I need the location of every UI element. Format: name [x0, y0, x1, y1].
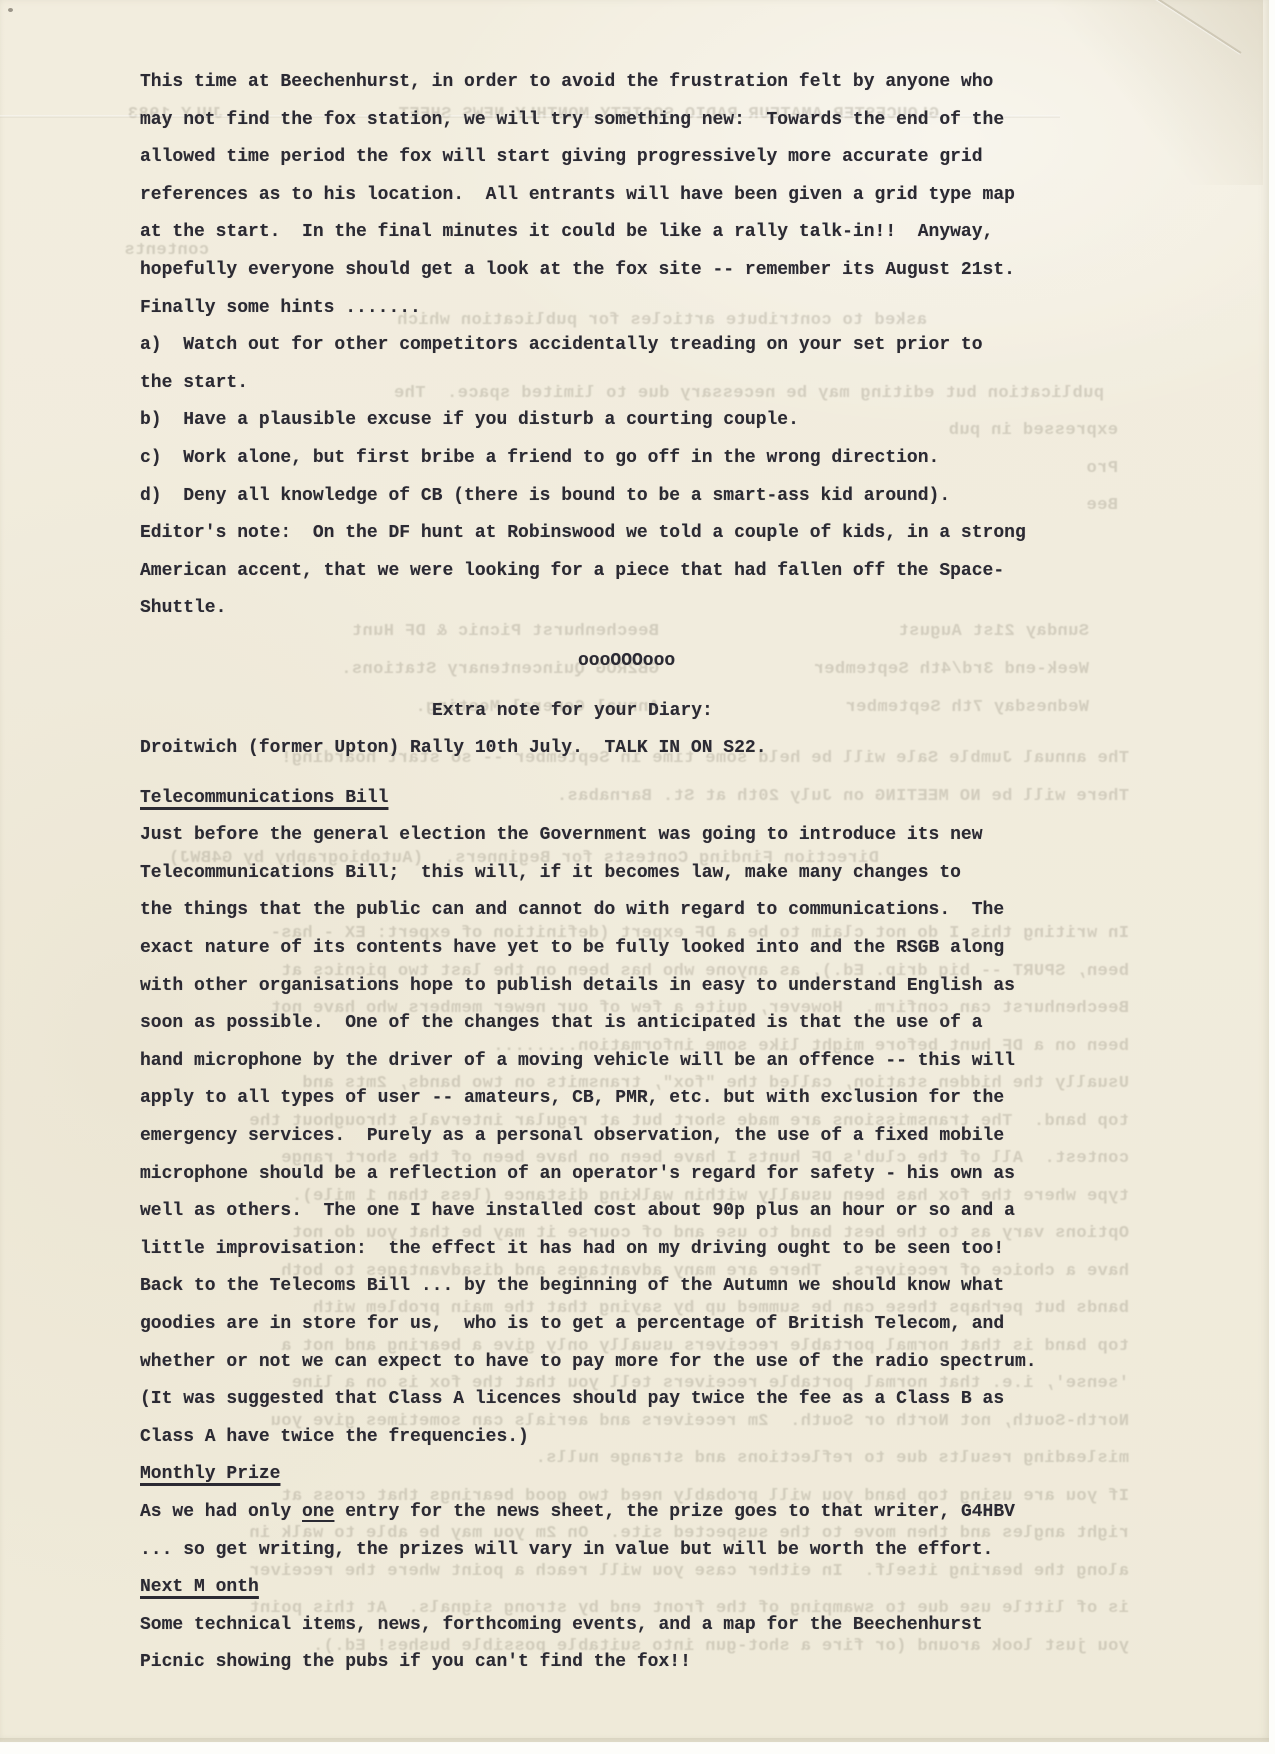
text-line: little improvisation: the effect it has … — [140, 1231, 1150, 1269]
text-line: whether or not we can expect to have to … — [140, 1344, 1150, 1382]
text-line: soon as possible. One of the changes tha… — [140, 1005, 1150, 1043]
scanned-document: { "scan": { "paper_color": "#f1ecdd", "i… — [0, 0, 1275, 1754]
text-line: with other organisations hope to publish… — [140, 968, 1150, 1006]
torn-bottom-edge — [0, 1738, 1269, 1743]
text-line: American accent, that we were looking fo… — [140, 553, 1150, 591]
ink-speck — [8, 8, 13, 12]
paper-sheet: GLOUCESTER AMATEUR RADIO SOCIETY MONTHLY… — [0, 0, 1269, 1742]
text-line: Shuttle. — [140, 590, 1150, 628]
text-line: Telecommunications Bill; this will, if i… — [140, 855, 1150, 893]
section-heading-telecommunications-bill: Telecommunications Bill — [140, 780, 1150, 818]
text-line: As we had only one entry for the news sh… — [140, 1494, 1150, 1532]
text-line: at the start. In the final minutes it co… — [140, 214, 1150, 252]
text-line: allowed time period the fox will start g… — [140, 139, 1150, 177]
section-heading-next-month: Next M onth — [140, 1569, 1150, 1607]
text-line: hopefully everyone should get a look at … — [140, 252, 1150, 290]
list-item-c: c) Work alone, but first bribe a friend … — [140, 440, 1150, 478]
diary-note-body: Droitwich (former Upton) Rally 10th July… — [140, 730, 1150, 768]
text-line: emergency services. Purely as a personal… — [140, 1118, 1150, 1156]
text-line: hand microphone by the driver of a movin… — [140, 1043, 1150, 1081]
list-item-b: b) Have a plausible excuse if you distur… — [140, 402, 1150, 440]
text-line: Some technical items, news, forthcoming … — [140, 1607, 1150, 1645]
underlined-word: one — [302, 1502, 334, 1522]
typewritten-text: This time at Beechenhurst, in order to a… — [140, 64, 1150, 1682]
text-line: ... so get writing, the prizes will vary… — [140, 1532, 1150, 1570]
diary-note-title: Extra note for your Diary: — [140, 693, 1150, 731]
text-line: goodies are in store for us, who is to g… — [140, 1306, 1150, 1344]
editors-note: Editor's note: On the DF hunt at Robinsw… — [140, 515, 1150, 553]
text-line: (It was suggested that Class A licences … — [140, 1381, 1150, 1419]
text-line: references as to his location. All entra… — [140, 177, 1150, 215]
text-line: may not find the fox station, we will tr… — [140, 102, 1150, 140]
text-line: exact nature of its contents have yet to… — [140, 930, 1150, 968]
list-item-a: a) Watch out for other competitors accid… — [140, 327, 1150, 365]
text-line: Just before the general election the Gov… — [140, 817, 1150, 855]
text-line: Picnic showing the pubs if you can't fin… — [140, 1644, 1150, 1682]
list-item-d: d) Deny all knowledge of CB (there is bo… — [140, 478, 1150, 516]
text-line: microphone should be a reflection of an … — [140, 1156, 1150, 1194]
text-line: the things that the public can and canno… — [140, 892, 1150, 930]
text-line: Class A have twice the frequencies.) — [140, 1419, 1150, 1457]
text-line: well as others. The one I have installed… — [140, 1193, 1150, 1231]
text-line: apply to all types of user -- amateurs, … — [140, 1080, 1150, 1118]
text-line: Back to the Telecoms Bill ... by the beg… — [140, 1268, 1150, 1306]
section-divider: oooOOOooo — [140, 643, 1150, 681]
text-line: Finally some hints ....... — [140, 290, 1150, 328]
section-heading-monthly-prize: Monthly Prize — [140, 1456, 1150, 1494]
text-line: This time at Beechenhurst, in order to a… — [140, 64, 1150, 102]
text-line: the start. — [140, 365, 1150, 403]
